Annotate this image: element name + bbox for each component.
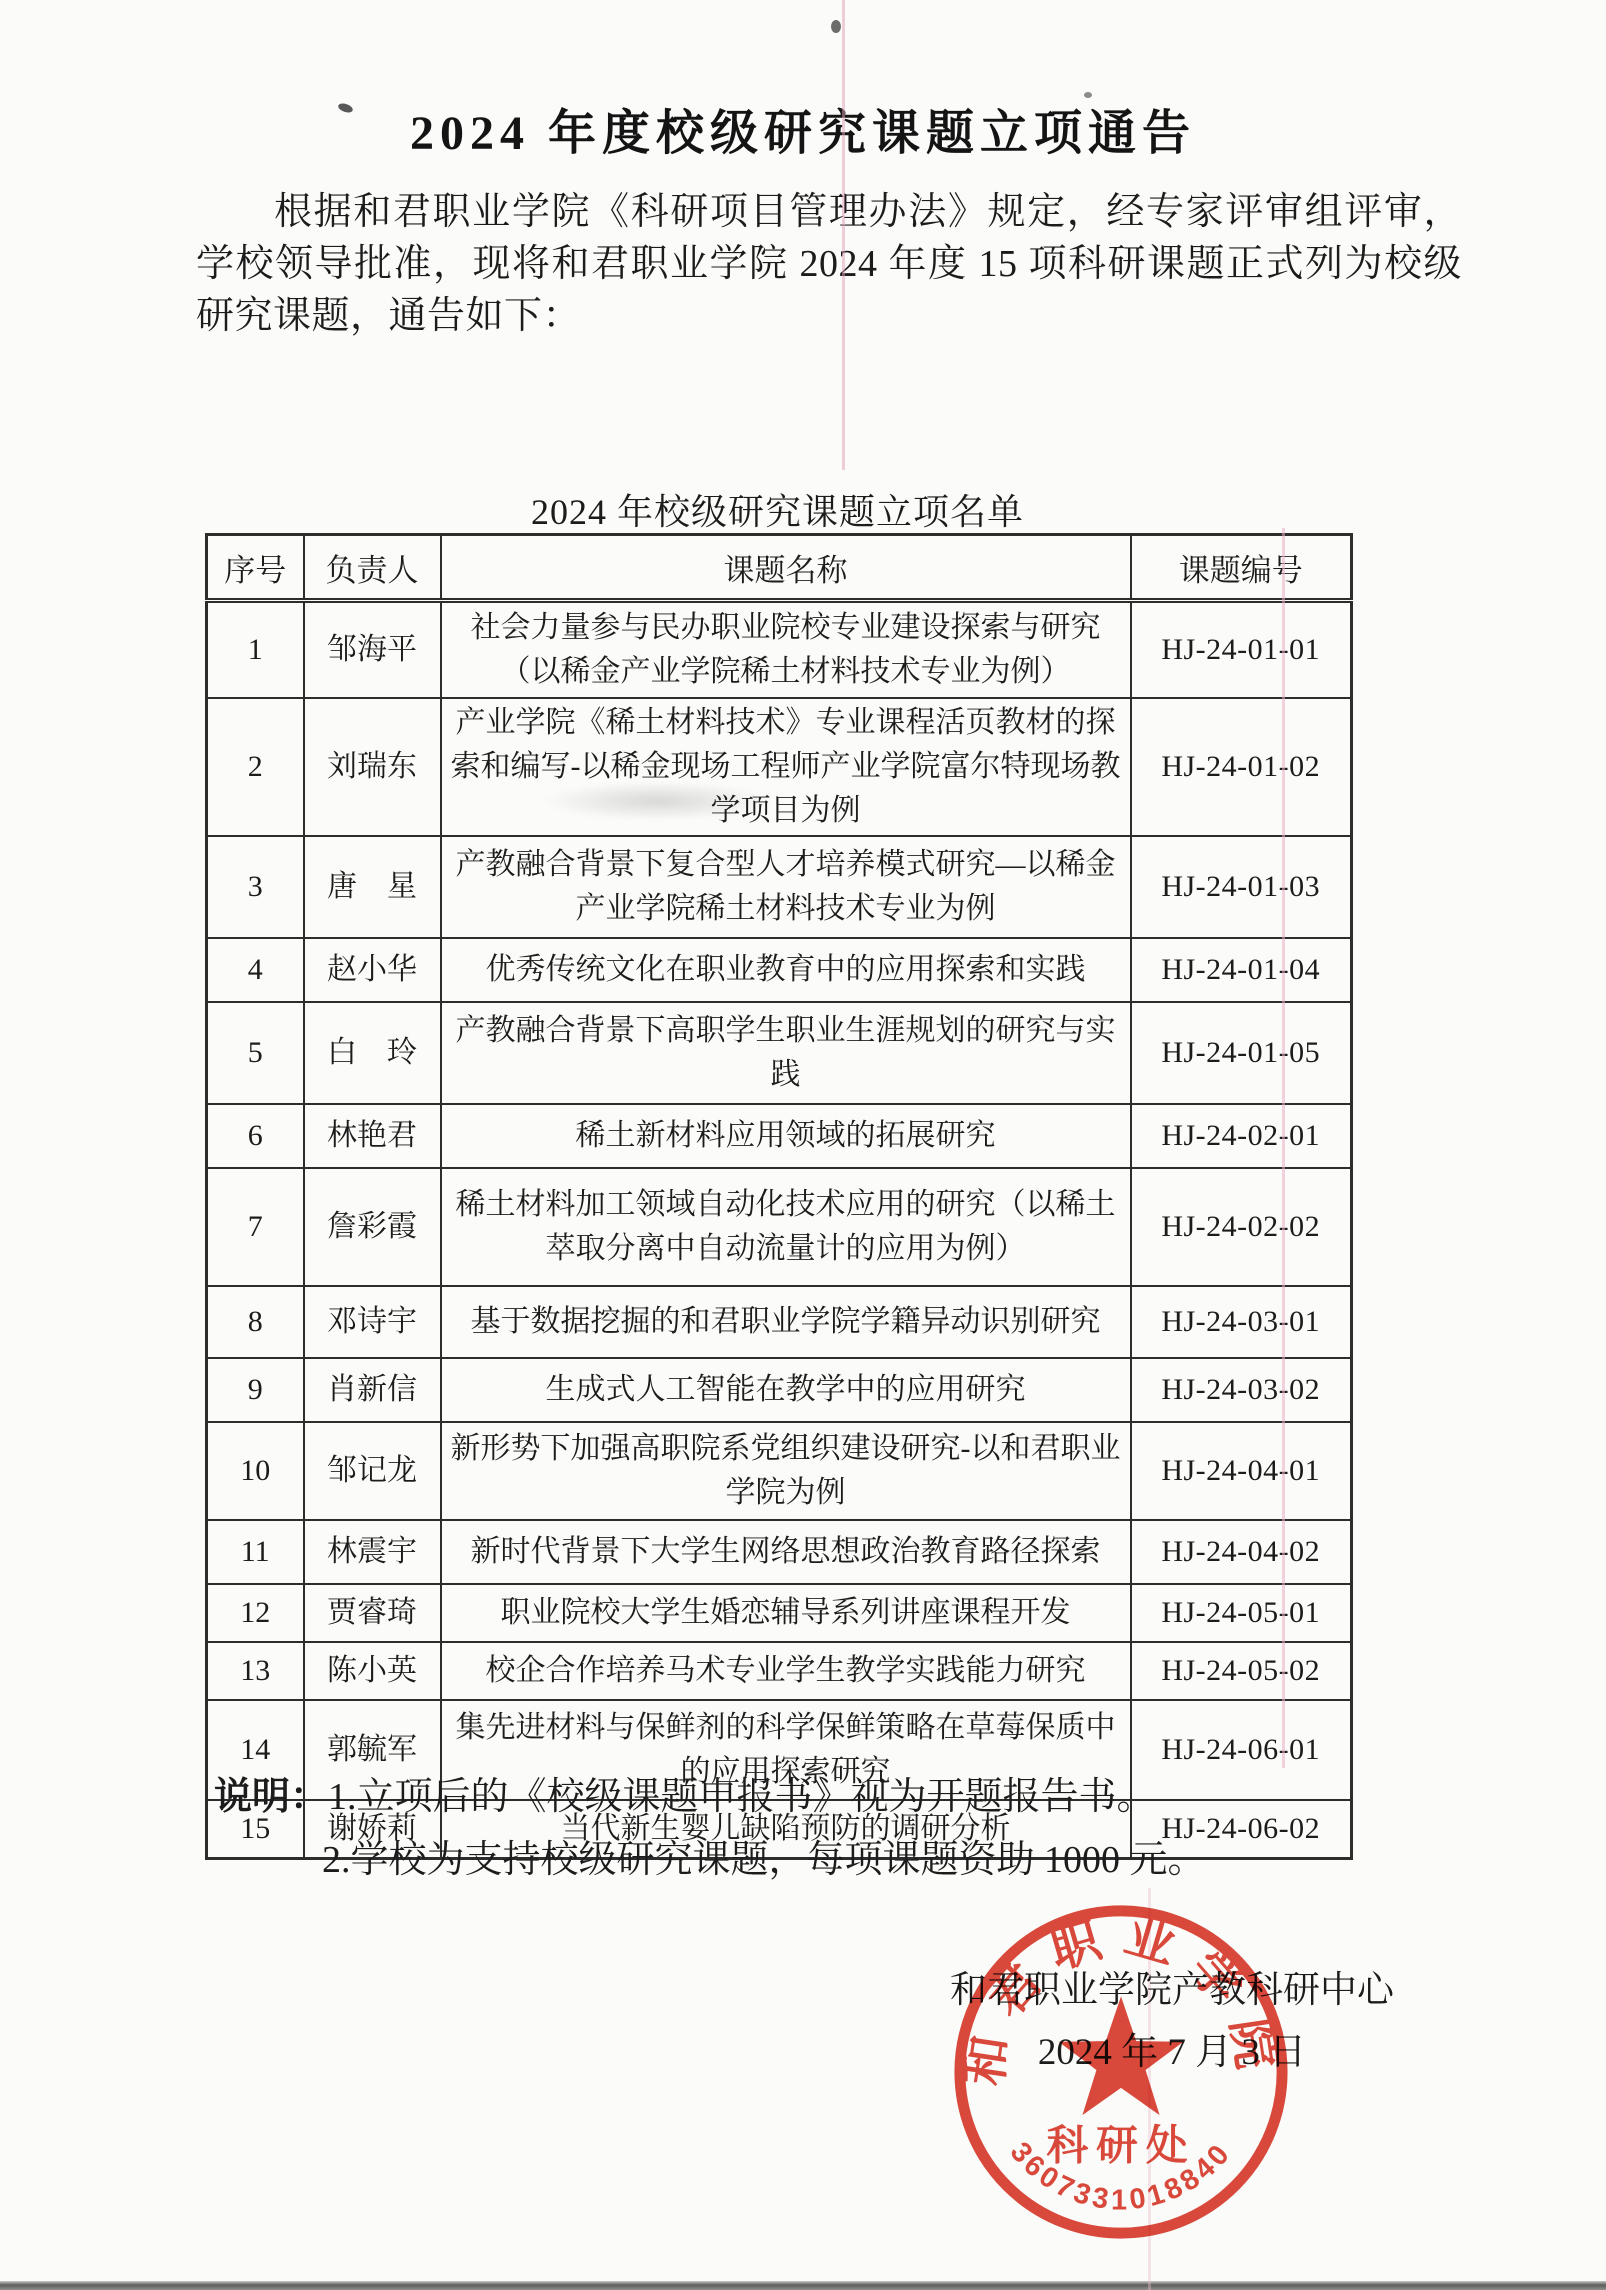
cell-no: 12 <box>207 1584 304 1642</box>
cell-leader: 邓诗宇 <box>304 1286 441 1358</box>
cell-code: HJ-24-03-01 <box>1131 1286 1352 1358</box>
cell-no: 9 <box>207 1358 304 1422</box>
cell-code: HJ-24-02-02 <box>1131 1168 1352 1286</box>
cell-leader: 贾睿琦 <box>304 1584 441 1642</box>
table-row: 3 唐 星 产教融合背景下复合型人才培养模式研究—以稀金产业学院稀土材料技术专业… <box>207 836 1352 938</box>
cell-no: 3 <box>207 836 304 938</box>
header-code: 课题编号 <box>1131 535 1352 601</box>
notes-label: 说明： <box>214 1776 328 1818</box>
table-row: 8 邓诗宇 基于数据挖掘的和君职业学院学籍异动识别研究 HJ-24-03-01 <box>207 1286 1352 1358</box>
cell-title: 新时代背景下大学生网络思想政治教育路径探索 <box>441 1520 1131 1584</box>
seal-center-label: 科研处 <box>1046 2122 1195 2169</box>
cell-code: HJ-24-03-02 <box>1131 1358 1352 1422</box>
cell-code: HJ-24-01-03 <box>1131 836 1352 938</box>
intro-paragraph: 根据和君职业学院《科研项目管理办法》规定，经专家评审组评审，学校领导批准，现将和… <box>196 186 1462 342</box>
project-table: 序号 负责人 课题名称 课题编号 1 邹海平 社会力量参与民办职业院校专业建设探… <box>205 533 1353 1860</box>
cell-title: 产业学院《稀土材料技术》专业课程活页教材的探索和编写-以稀金现场工程师产业学院富… <box>441 698 1131 836</box>
cell-title: 产教融合背景下复合型人才培养模式研究—以稀金产业学院稀土材料技术专业为例 <box>441 836 1131 938</box>
table-row: 10 邹记龙 新形势下加强高职院系党组织建设研究-以和君职业学院为例 HJ-24… <box>207 1422 1352 1520</box>
cell-leader: 邹海平 <box>304 601 441 699</box>
scan-artifact-line <box>842 0 845 470</box>
cell-leader: 詹彩霞 <box>304 1168 441 1286</box>
table-row: 4 赵小华 优秀传统文化在职业教育中的应用探索和实践 HJ-24-01-04 <box>207 938 1352 1002</box>
official-seal: 和君职业学院 科研处 3607331018840 <box>942 1888 1300 2256</box>
cell-no: 13 <box>207 1642 304 1700</box>
cell-no: 7 <box>207 1168 304 1286</box>
cell-leader: 白 玲 <box>304 1002 441 1104</box>
cell-title: 社会力量参与民办职业院校专业建设探索与研究（以稀金产业学院稀土材料技术专业为例） <box>441 601 1131 699</box>
page-title: 2024 年度校级研究课题立项通告 <box>0 94 1606 163</box>
cell-leader: 唐 星 <box>304 836 441 938</box>
scan-artifact-line <box>1282 528 1285 1768</box>
cell-title: 基于数据挖掘的和君职业学院学籍异动识别研究 <box>441 1286 1131 1358</box>
table-caption: 2024 年校级研究课题立项名单 <box>205 484 1350 535</box>
note-item: 2.学校为支持校级研究课题，每项课题资助 1000 元。 <box>322 1829 1484 1892</box>
table-row: 11 林震宇 新时代背景下大学生网络思想政治教育路径探索 HJ-24-04-02 <box>207 1520 1352 1584</box>
scan-speck <box>831 20 841 33</box>
cell-leader: 邹记龙 <box>304 1422 441 1520</box>
cell-no: 11 <box>207 1520 304 1584</box>
document-page: 2024 年度校级研究课题立项通告 根据和君职业学院《科研项目管理办法》规定，经… <box>0 0 1606 2290</box>
cell-code: HJ-24-01-02 <box>1131 698 1352 836</box>
cell-leader: 赵小华 <box>304 938 441 1002</box>
cell-leader: 肖新信 <box>304 1358 441 1422</box>
cell-leader: 刘瑞东 <box>304 698 441 836</box>
header-no: 序号 <box>207 535 304 601</box>
cell-no: 6 <box>207 1104 304 1168</box>
cell-code: HJ-24-05-02 <box>1131 1642 1352 1700</box>
table-row: 13 陈小英 校企合作培养马术专业学生教学实践能力研究 HJ-24-05-02 <box>207 1642 1352 1700</box>
cell-leader: 陈小英 <box>304 1642 441 1700</box>
cell-title: 稀土新材料应用领域的拓展研究 <box>441 1104 1131 1168</box>
cell-title: 校企合作培养马术专业学生教学实践能力研究 <box>441 1642 1131 1700</box>
scan-bottom-edge <box>0 2281 1606 2290</box>
cell-code: HJ-24-01-01 <box>1131 601 1352 699</box>
cell-no: 2 <box>207 698 304 836</box>
seal-star-icon <box>1059 1996 1184 2115</box>
cell-code: HJ-24-04-01 <box>1131 1422 1352 1520</box>
cell-title: 生成式人工智能在教学中的应用研究 <box>441 1358 1131 1422</box>
note-line: 说明：1.立项后的《校级课题申报书》视为开题报告书。 <box>214 1766 1484 1829</box>
table-row: 9 肖新信 生成式人工智能在教学中的应用研究 HJ-24-03-02 <box>207 1358 1352 1422</box>
cell-code: HJ-24-02-01 <box>1131 1104 1352 1168</box>
cell-title: 稀土材料加工领域自动化技术应用的研究（以稀土萃取分离中自动流量计的应用为例） <box>441 1168 1131 1286</box>
cell-title: 产教融合背景下高职学生职业生涯规划的研究与实践 <box>441 1002 1131 1104</box>
note-item: 1.立项后的《校级课题申报书》视为开题报告书。 <box>328 1776 1155 1818</box>
scan-smudge <box>545 782 770 820</box>
table-row: 1 邹海平 社会力量参与民办职业院校专业建设探索与研究（以稀金产业学院稀土材料技… <box>207 601 1352 699</box>
cell-code: HJ-24-01-04 <box>1131 938 1352 1002</box>
scan-speck <box>1084 92 1092 98</box>
cell-title: 新形势下加强高职院系党组织建设研究-以和君职业学院为例 <box>441 1422 1131 1520</box>
header-row: 序号 负责人 课题名称 课题编号 <box>207 535 1352 601</box>
cell-leader: 林艳君 <box>304 1104 441 1168</box>
table-header: 序号 负责人 课题名称 课题编号 <box>207 535 1352 601</box>
table-row: 5 白 玲 产教融合背景下高职学生职业生涯规划的研究与实践 HJ-24-01-0… <box>207 1002 1352 1104</box>
cell-code: HJ-24-04-02 <box>1131 1520 1352 1584</box>
cell-title: 职业院校大学生婚恋辅导系列讲座课程开发 <box>441 1584 1131 1642</box>
cell-no: 8 <box>207 1286 304 1358</box>
header-leader: 负责人 <box>304 535 441 601</box>
cell-no: 5 <box>207 1002 304 1104</box>
table-body: 1 邹海平 社会力量参与民办职业院校专业建设探索与研究（以稀金产业学院稀土材料技… <box>207 601 1352 1859</box>
header-title: 课题名称 <box>441 535 1131 601</box>
cell-no: 1 <box>207 601 304 699</box>
notes-section: 说明：1.立项后的《校级课题申报书》视为开题报告书。 2.学校为支持校级研究课题… <box>214 1766 1484 1892</box>
table-row: 12 贾睿琦 职业院校大学生婚恋辅导系列讲座课程开发 HJ-24-05-01 <box>207 1584 1352 1642</box>
table-row: 6 林艳君 稀土新材料应用领域的拓展研究 HJ-24-02-01 <box>207 1104 1352 1168</box>
cell-leader: 林震宇 <box>304 1520 441 1584</box>
cell-code: HJ-24-05-01 <box>1131 1584 1352 1642</box>
cell-no: 10 <box>207 1422 304 1520</box>
table-row: 7 詹彩霞 稀土材料加工领域自动化技术应用的研究（以稀土萃取分离中自动流量计的应… <box>207 1168 1352 1286</box>
table-row: 2 刘瑞东 产业学院《稀土材料技术》专业课程活页教材的探索和编写-以稀金现场工程… <box>207 698 1352 836</box>
cell-code: HJ-24-01-05 <box>1131 1002 1352 1104</box>
cell-title: 优秀传统文化在职业教育中的应用探索和实践 <box>441 938 1131 1002</box>
cell-no: 4 <box>207 938 304 1002</box>
